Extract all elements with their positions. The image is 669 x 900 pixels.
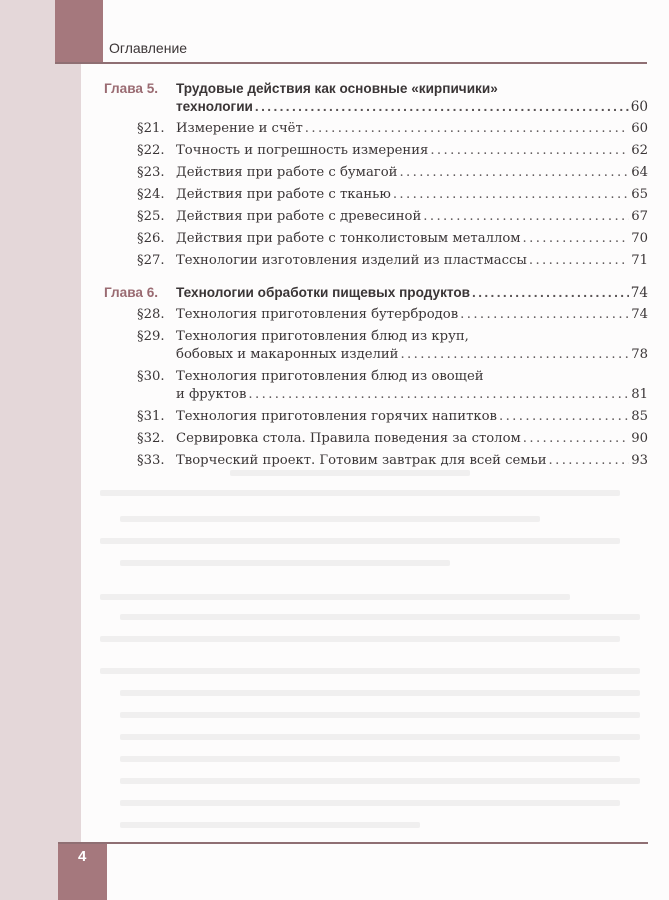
toc-section-entry[interactable]: §24.Действия при работе с тканью........… (104, 186, 648, 208)
dot-leader: ........................................… (399, 164, 629, 182)
section-number: §31. (137, 408, 165, 426)
dot-leader: ........................................… (248, 386, 629, 404)
show-through-line (120, 690, 640, 696)
side-band (0, 0, 81, 900)
table-of-contents: Глава 5.Трудовые действия как основные «… (104, 80, 648, 474)
section-number: §26. (137, 230, 165, 248)
entry-title: технологии (176, 98, 253, 116)
toc-section-entry[interactable]: §22.Точность и погрешность измерения....… (104, 142, 648, 164)
show-through-line (120, 800, 620, 806)
dot-leader: ........................................… (472, 284, 629, 302)
toc-section-entry[interactable]: §25.Действия при работе с древесиной....… (104, 208, 648, 230)
show-through-line (120, 712, 640, 718)
page-ref: 93 (631, 452, 648, 470)
show-through-line (120, 516, 540, 522)
entry-title: Действия при работе с бумагой (176, 164, 397, 182)
entry-title: Действия при работе с тонколистовым мета… (176, 230, 521, 248)
show-through-line (120, 778, 640, 784)
show-through-line (100, 490, 620, 496)
toc-section-entry[interactable]: §28.Технология приготовления бутербродов… (104, 306, 648, 328)
show-through-line (100, 538, 620, 544)
dot-leader: ........................................… (430, 142, 629, 160)
page-ref: 62 (631, 142, 648, 160)
show-through-line (120, 560, 450, 566)
dot-leader: ........................................… (529, 252, 629, 270)
toc-section-entry[interactable]: §32.Сервировка стола. Правила поведения … (104, 430, 648, 452)
section-number: §25. (137, 208, 165, 226)
show-through-line (100, 668, 640, 674)
running-header-title: Оглавление (109, 40, 187, 56)
entry-title: Технология приготовления бутербродов (176, 306, 458, 324)
page-number: 4 (78, 848, 86, 865)
dot-leader: ........................................… (255, 98, 629, 116)
section-number: §29. (137, 328, 165, 346)
page-ref: 74 (631, 306, 648, 324)
section-number: §21. (137, 120, 165, 138)
entry-title: бобовых и макаронных изделий (176, 346, 398, 364)
page-ref: 65 (631, 186, 648, 204)
toc-chapter-entry[interactable]: Глава 5.Трудовые действия как основные «… (104, 80, 648, 120)
show-through-line (120, 614, 640, 620)
show-through-line (230, 470, 470, 476)
dot-leader: ........................................… (549, 452, 630, 470)
page-ref: 71 (631, 252, 648, 270)
chapter-label: Глава 5. (104, 80, 158, 98)
entry-title: Технологии обработки пищевых продуктов (176, 284, 470, 302)
page-ref: 60 (631, 98, 648, 116)
section-number: §28. (137, 306, 165, 324)
section-number: §33. (137, 452, 165, 470)
dot-leader: ........................................… (460, 306, 629, 324)
header-accent-block (55, 0, 103, 64)
dot-leader: ........................................… (523, 230, 630, 248)
section-number: §23. (137, 164, 165, 182)
dot-leader: ........................................… (423, 208, 629, 226)
footer-area (81, 844, 669, 900)
dot-leader: ........................................… (305, 120, 629, 138)
toc-section-entry[interactable]: §31.Технология приготовления горячих нап… (104, 408, 648, 430)
page-ref: 64 (631, 164, 648, 182)
page-ref: 60 (631, 120, 648, 138)
dot-leader: ........................................… (499, 408, 629, 426)
section-number: §30. (137, 368, 165, 386)
show-through-line (120, 756, 620, 762)
page-ref: 70 (631, 230, 648, 248)
header-rule (55, 62, 647, 64)
toc-chapter-entry[interactable]: Глава 6.Технологии обработки пищевых про… (104, 284, 648, 306)
chapter-label: Глава 6. (104, 284, 158, 302)
dot-leader: ........................................… (400, 346, 629, 364)
section-number: §22. (137, 142, 165, 160)
entry-title: Технология приготовления горячих напитко… (176, 408, 497, 426)
entry-title: Технология приготовления блюд из овощей (176, 368, 484, 386)
entry-title: Трудовые действия как основные «кирпичик… (176, 80, 498, 98)
dot-leader: ........................................… (393, 186, 629, 204)
toc-section-entry[interactable]: §26.Действия при работе с тонколистовым … (104, 230, 648, 252)
entry-title: Точность и погрешность измерения (176, 142, 428, 160)
entry-title: и фруктов (176, 386, 246, 404)
toc-section-entry[interactable]: §23.Действия при работе с бумагой.......… (104, 164, 648, 186)
section-number: §27. (137, 252, 165, 270)
page-ref: 78 (631, 346, 648, 364)
entry-title: Технологии изготовления изделий из пласт… (176, 252, 527, 270)
entry-title: Действия при работе с древесиной (176, 208, 421, 226)
page-ref: 67 (631, 208, 648, 226)
section-number: §24. (137, 186, 165, 204)
entry-title: Технология приготовления блюд из круп, (176, 328, 469, 346)
page-ref: 85 (631, 408, 648, 426)
page-ref: 81 (631, 386, 648, 404)
dot-leader: ........................................… (523, 430, 629, 448)
toc-section-entry[interactable]: §21.Измерение и счёт....................… (104, 120, 648, 142)
entry-title: Сервировка стола. Правила поведения за с… (176, 430, 521, 448)
show-through-line (120, 822, 420, 828)
entry-title: Измерение и счёт (176, 120, 303, 138)
section-number: §32. (137, 430, 165, 448)
show-through-line (120, 734, 640, 740)
page-ref: 74 (631, 284, 648, 302)
toc-section-entry[interactable]: §29.Технология приготовления блюд из кру… (104, 328, 648, 368)
page-ref: 90 (631, 430, 648, 448)
toc-section-entry[interactable]: §30.Технология приготовления блюд из ово… (104, 368, 648, 408)
toc-section-entry[interactable]: §27.Технологии изготовления изделий из п… (104, 252, 648, 274)
header-area (103, 0, 669, 63)
entry-title: Творческий проект. Готовим завтрак для в… (176, 452, 547, 470)
show-through-line (100, 594, 570, 600)
show-through-line (100, 636, 620, 642)
entry-title: Действия при работе с тканью (176, 186, 391, 204)
